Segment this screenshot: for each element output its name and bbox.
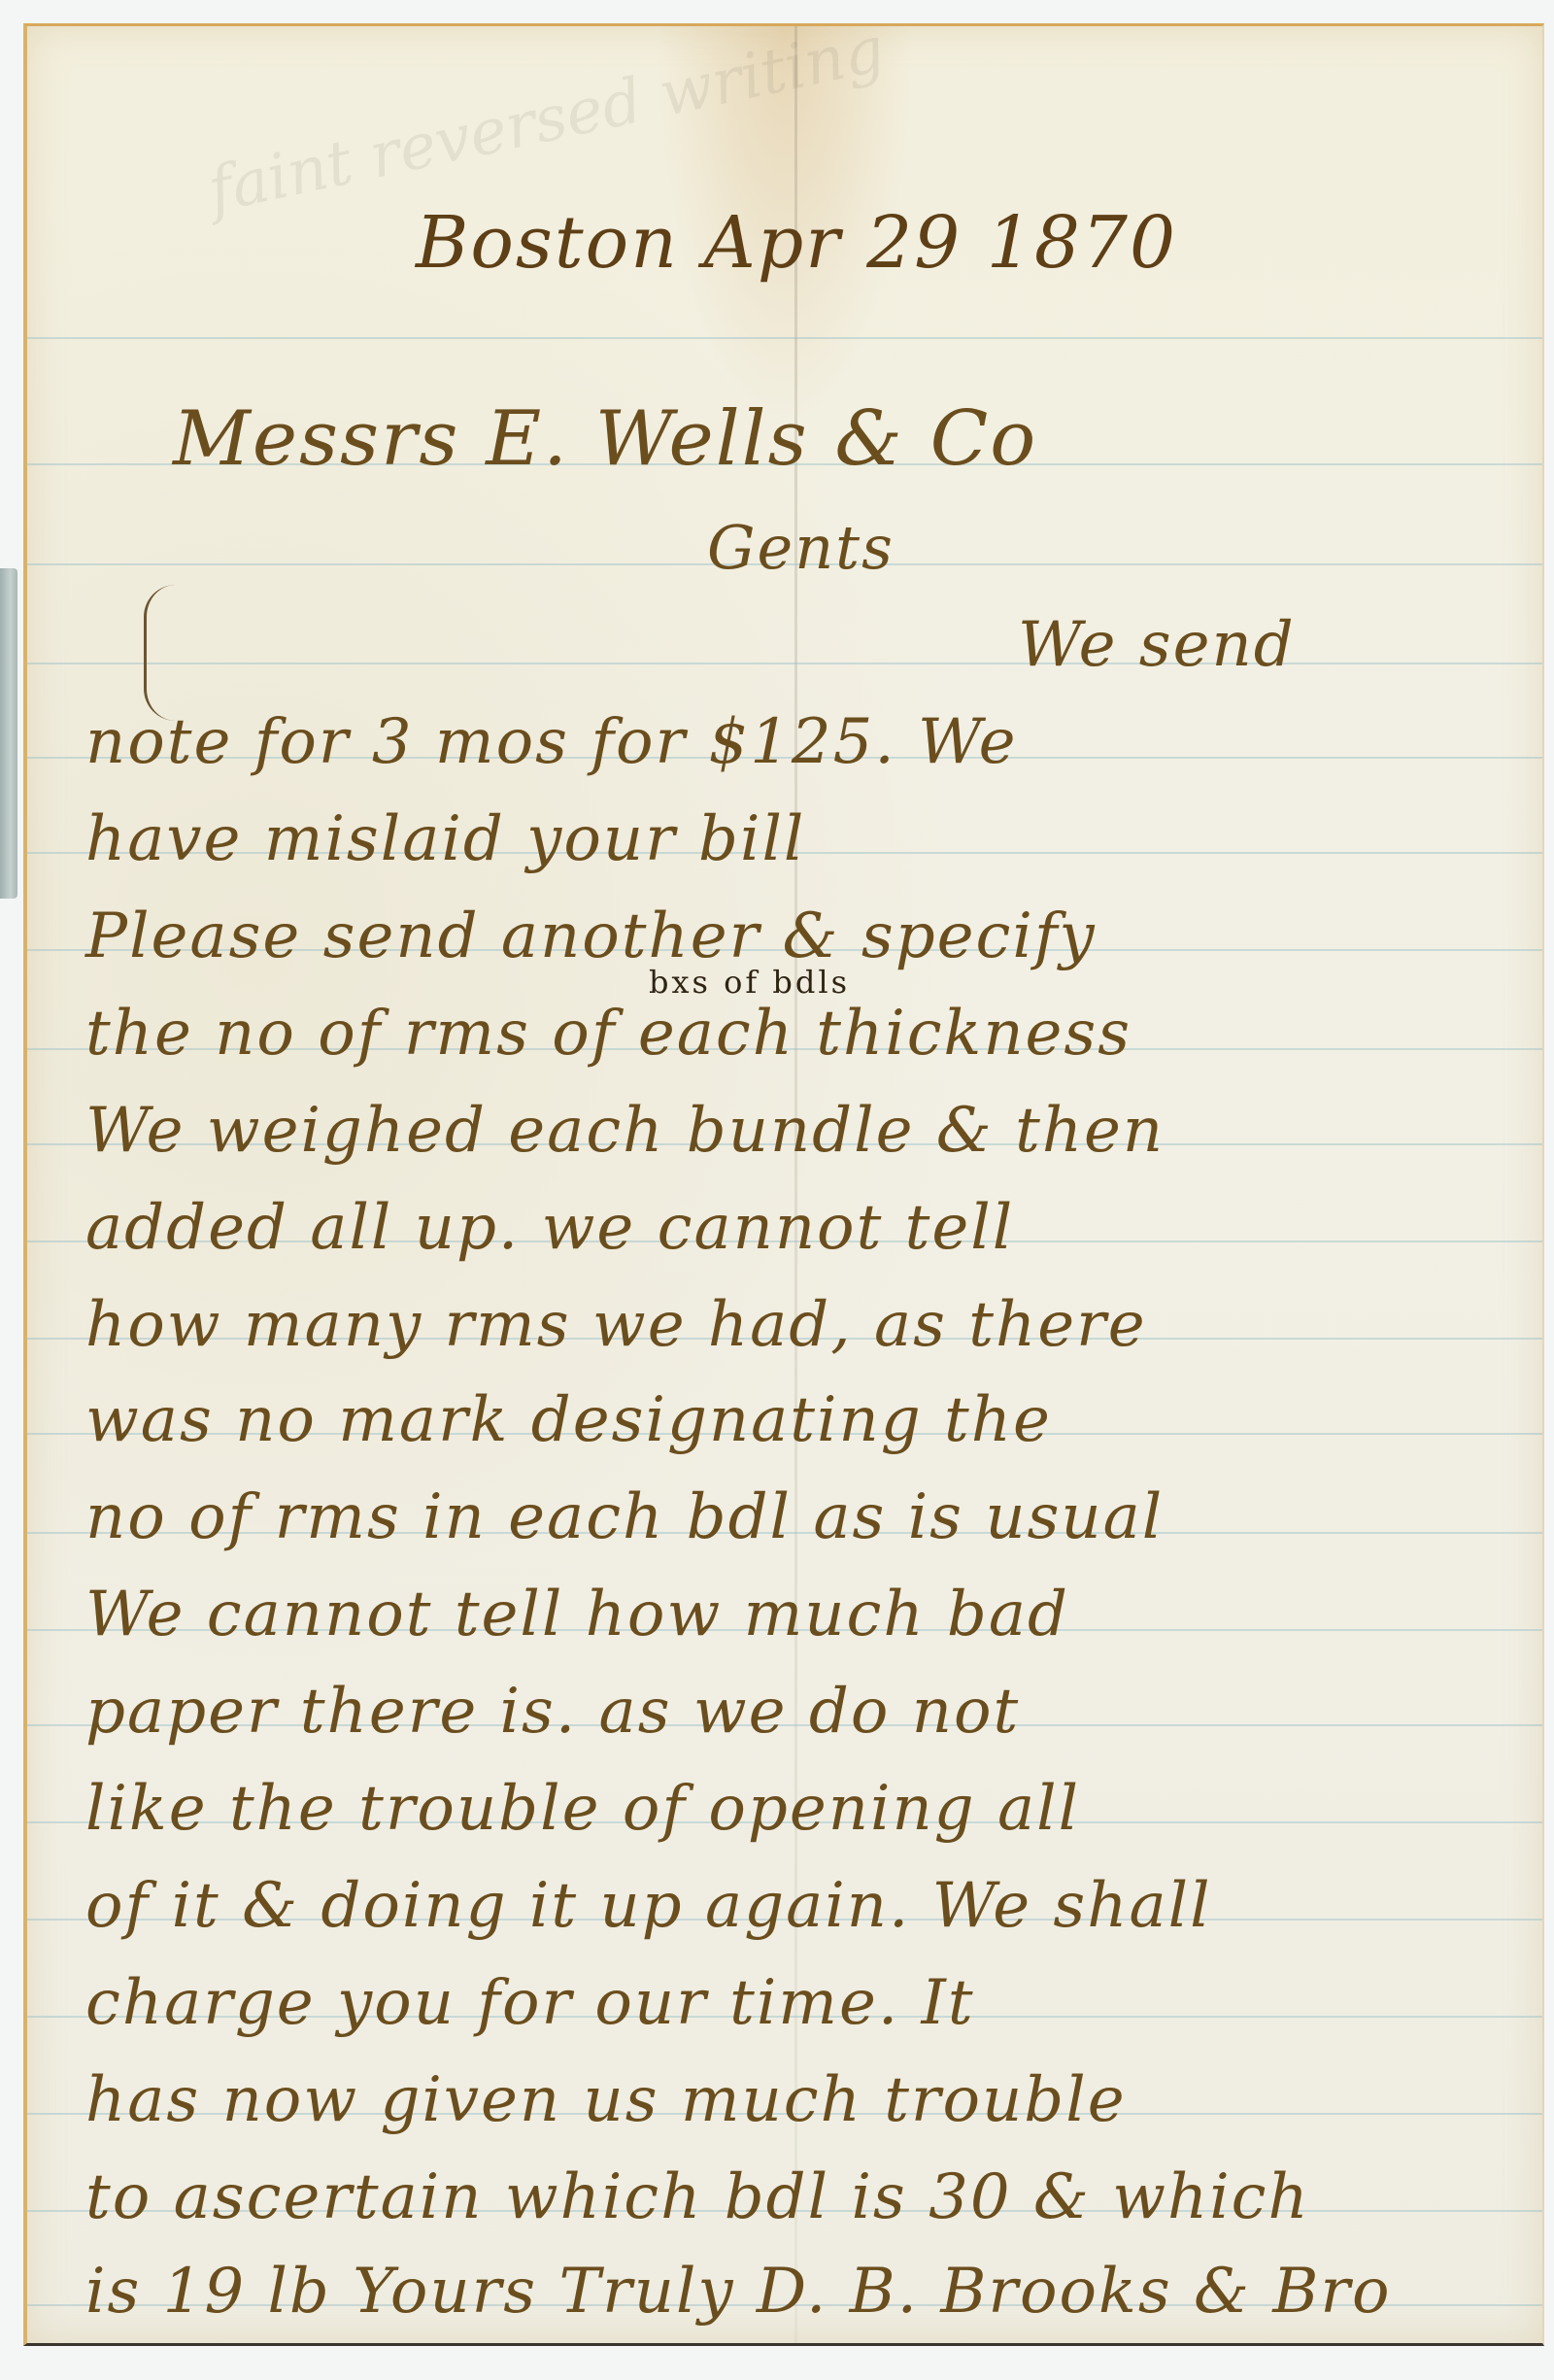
ruled-line: [27, 337, 1542, 339]
opening-words: We send: [1018, 609, 1542, 681]
body-line-15: has now given us much trouble: [85, 2064, 1542, 2136]
body-line-14: charge you for our time. It: [85, 1967, 1542, 2039]
recipient-line: Messrs E. Wells & Co: [173, 395, 1542, 483]
body-line-2: have mislaid your bill: [85, 803, 1542, 875]
body-line-9: no of rms in each bdl as is usual: [85, 1481, 1542, 1553]
closing-signature-line: is 19 lb Yours Truly D. B. Brooks & Bro: [85, 2256, 1542, 2328]
body-line-4: the no of rms of each thickness: [85, 998, 1542, 1070]
binding-tab: [0, 568, 17, 899]
margin-bracket: [144, 585, 176, 721]
interlinear-insertion: bxs of bdls: [649, 964, 1542, 1001]
salutation: Gents: [707, 512, 1542, 583]
body-line-7: how many rms we had, as there: [85, 1289, 1542, 1361]
body-line-1: note for 3 mos for $125. We: [85, 706, 1542, 778]
bleed-through-text: faint reversed writing: [202, 14, 891, 227]
body-line-5: We weighed each bundle & then: [85, 1095, 1542, 1167]
body-line-11: paper there is. as we do not: [85, 1676, 1542, 1748]
body-line-6: added all up. we cannot tell: [85, 1192, 1542, 1264]
body-line-3: Please send another & specify: [85, 901, 1542, 972]
body-line-13: of it & doing it up again. We shall: [85, 1870, 1542, 1942]
date-line: Boston Apr 29 1870: [416, 201, 1542, 285]
body-line-12: like the trouble of opening all: [85, 1773, 1542, 1845]
body-line-10: We cannot tell how much bad: [85, 1579, 1542, 1650]
letter-page: faint reversed writing Boston Apr 29 187…: [23, 23, 1544, 2346]
body-line-8: was no mark designating the: [85, 1384, 1542, 1456]
body-line-16: to ascertain which bdl is 30 & which: [85, 2161, 1542, 2233]
